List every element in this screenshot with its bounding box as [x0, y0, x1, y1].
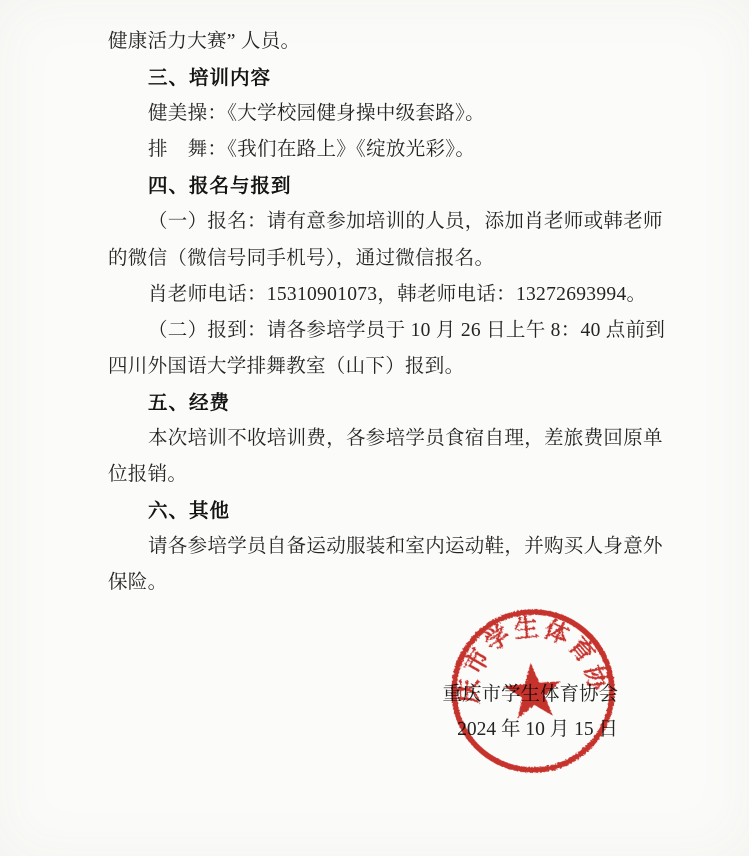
teacher-phone-numbers: 肖老师电话：15310901073，韩老师电话：13272693994。: [108, 277, 655, 313]
section-heading-6: 六、其他: [108, 493, 655, 529]
other-line-1: 请各参培学员自备运动服装和室内运动鞋，并购买人身意外: [108, 529, 655, 565]
other-line-2: 保险。: [108, 565, 655, 601]
section-heading-3: 三、培训内容: [108, 60, 655, 96]
issue-date: 2024 年 10 月 15 日: [457, 717, 618, 743]
section-heading-5: 五、经费: [108, 385, 655, 421]
training-content-line-dance: 排 舞：《我们在路上》《绽放光彩》。: [108, 132, 655, 168]
fees-line-1: 本次培训不收培训费，各参培学员食宿自理，差旅费回原单: [108, 421, 655, 457]
paragraph-continuation: 健康活力大赛” 人员。: [108, 24, 655, 60]
registration-line-2: 的微信（微信号同手机号），通过微信报名。: [108, 241, 655, 277]
issuing-organization-signature: 重庆市学生体育协会: [442, 682, 618, 708]
checkin-line-1: （二）报到：请各参培学员于 10 月 26 日上午 8：40 点前到: [108, 313, 655, 349]
document-body: 健康活力大赛” 人员。 三、培训内容 健美操：《大学校园健身操中级套路》。 排 …: [108, 24, 655, 602]
checkin-line-2: 四川外国语大学排舞教室（山下）报到。: [108, 349, 655, 385]
training-content-aerobics: 健美操：《大学校园健身操中级套路》。: [108, 96, 655, 132]
section-heading-4: 四、报名与报到: [108, 168, 655, 204]
registration-line-1: （一）报名：请有意参加培训的人员，添加肖老师或韩老师: [108, 204, 655, 240]
fees-line-2: 位报销。: [108, 457, 655, 493]
scanned-document-page: 健康活力大赛” 人员。 三、培训内容 健美操：《大学校园健身操中级套路》。 排 …: [0, 0, 749, 856]
